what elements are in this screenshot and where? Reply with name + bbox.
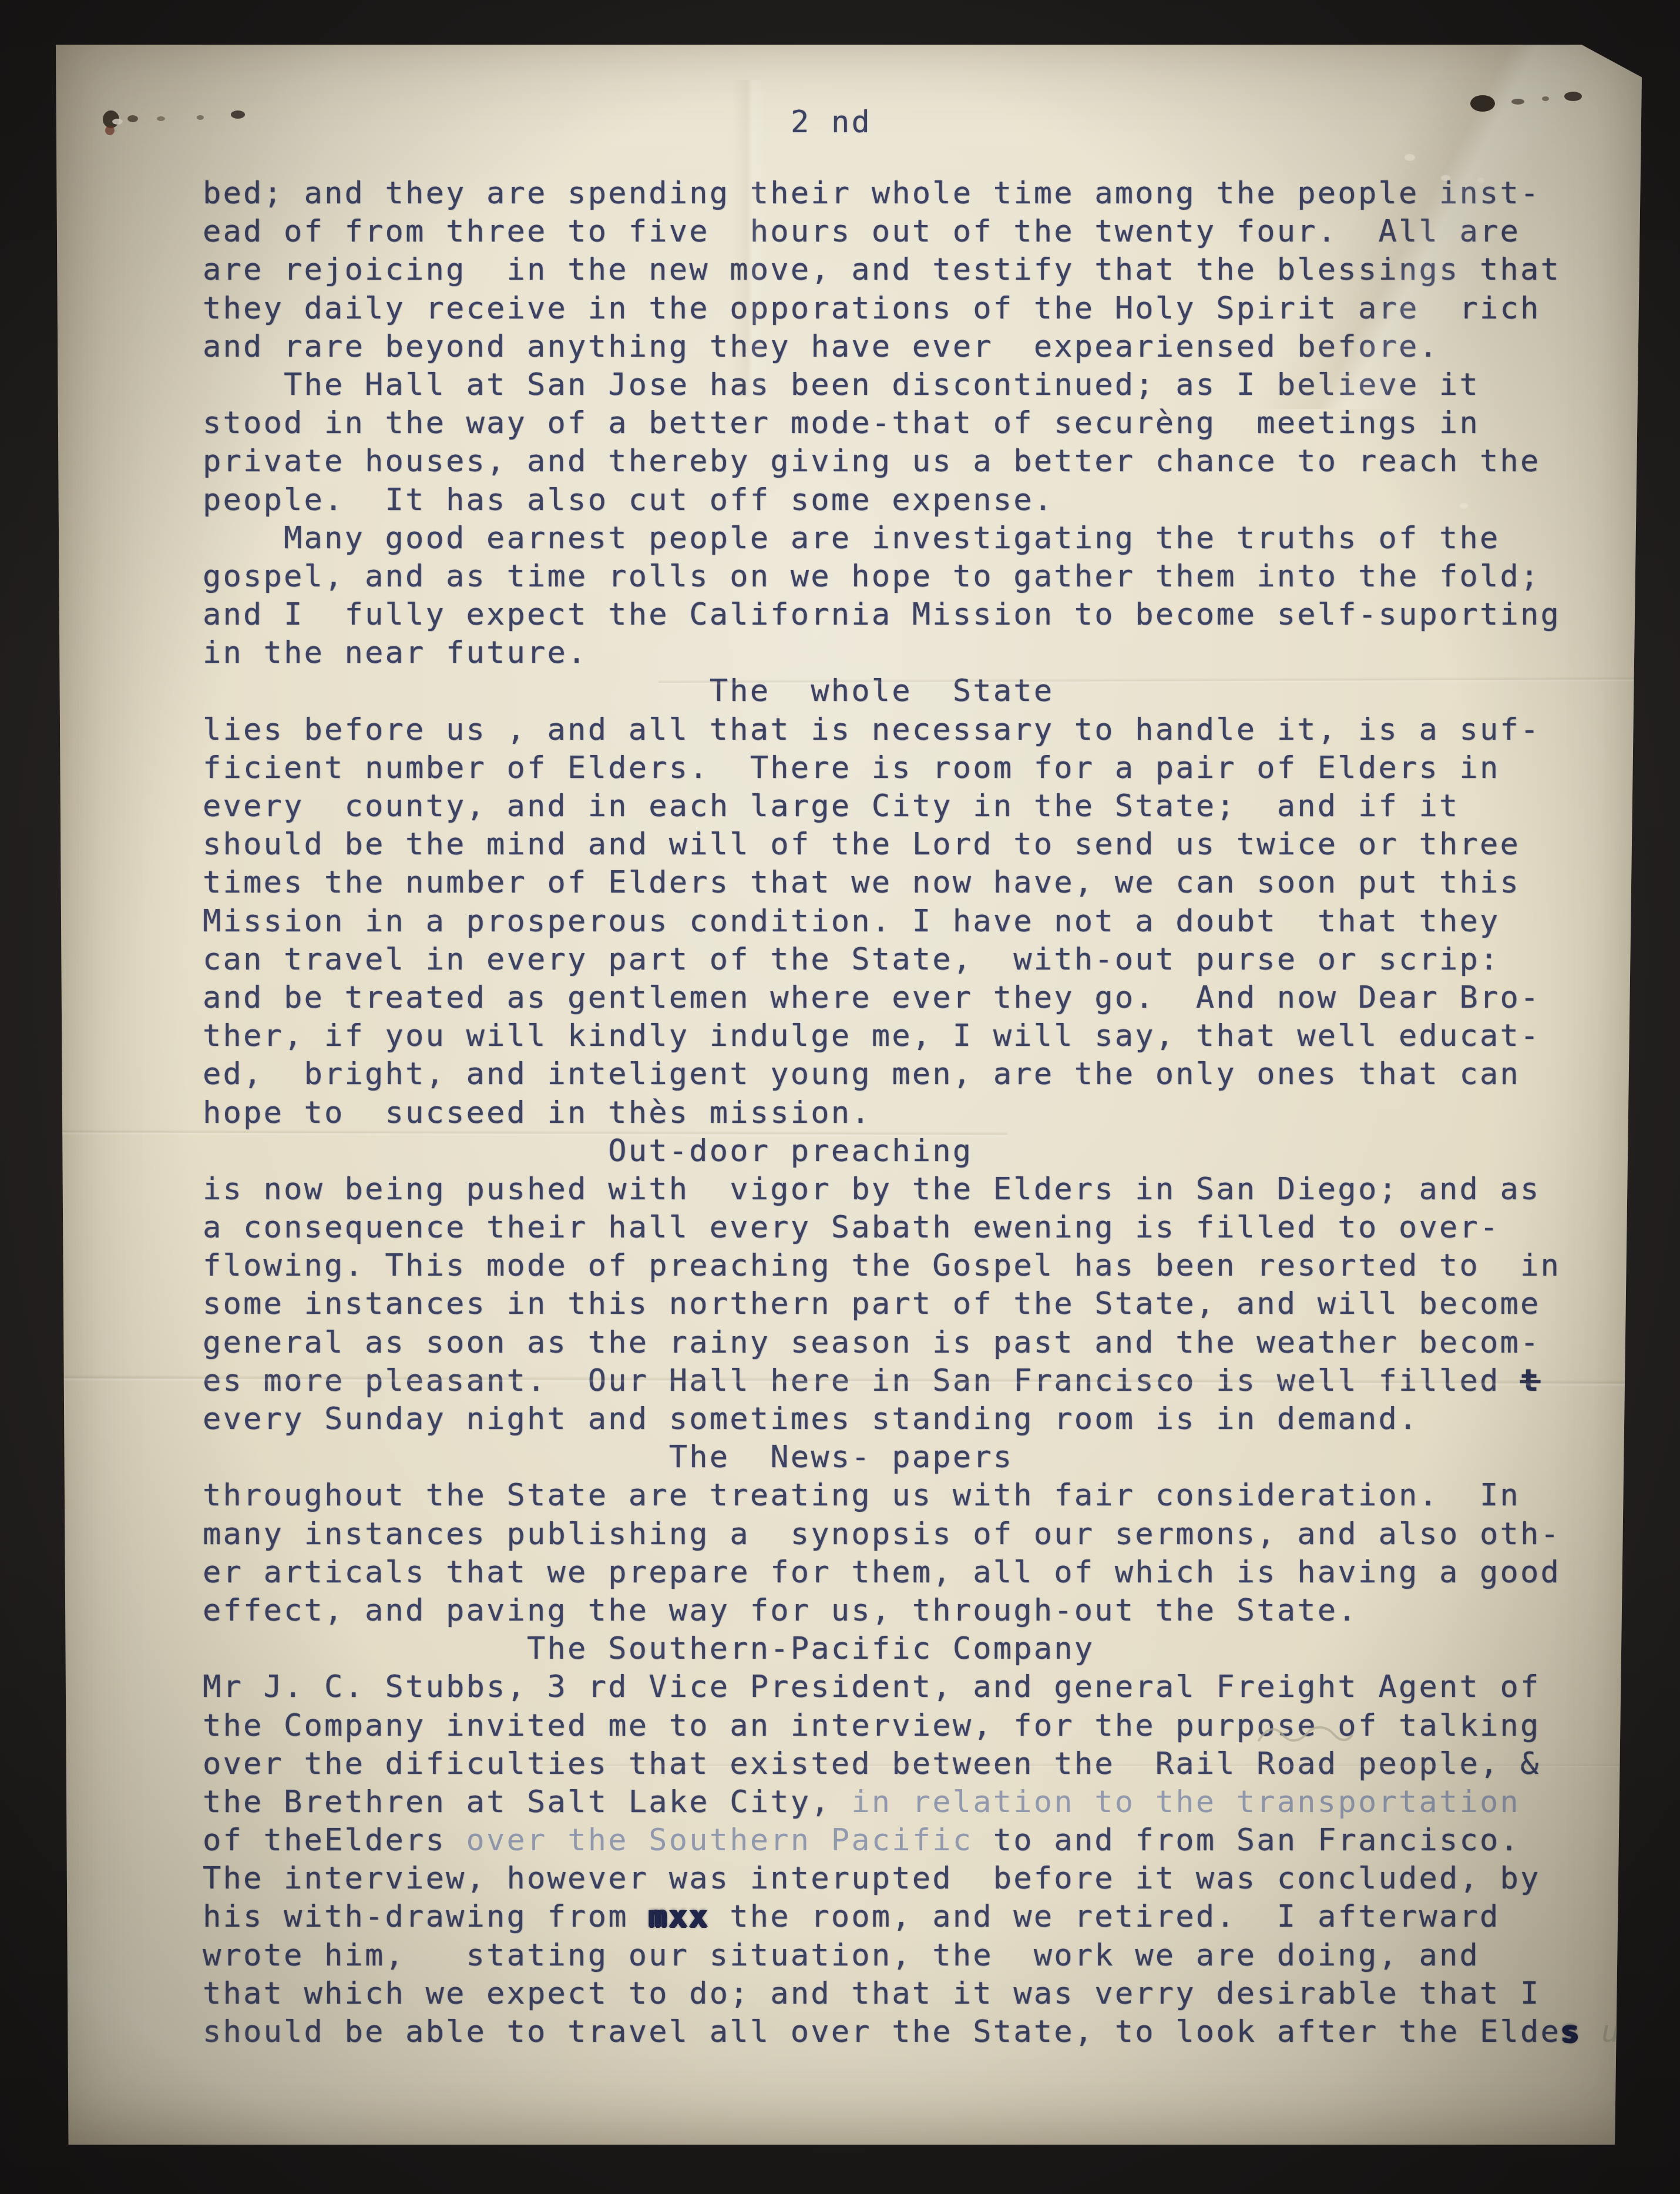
text-pencil: u: [1601, 2014, 1622, 2049]
text-run: The News- papers: [203, 1440, 1013, 1475]
document-line: over the dificulties that existed betwee…: [203, 1745, 1622, 1783]
document-line: his with-drawing from mxx the room, and …: [203, 1898, 1622, 1936]
text-run: people. It has also cut off some expense…: [203, 482, 1054, 518]
section-heading-southern-pacific: The Southern-Pacific Company: [203, 1630, 1622, 1668]
text-run: hope to sucseed in thès mission.: [203, 1095, 872, 1130]
text-run: that which we expect to do; and that it …: [203, 1976, 1540, 2011]
text-run: Out-door preaching: [203, 1133, 973, 1169]
text-run: lies before us , and all that is necessa…: [203, 712, 1540, 747]
document-line: The Hall at San Jose has been discontinu…: [203, 366, 1622, 404]
document-line: hope to sucseed in thès mission.: [203, 1094, 1622, 1132]
document-line: ed, bright, and inteligent young men, ar…: [203, 1055, 1622, 1093]
text-run: and be treated as gentlemen where ever t…: [203, 980, 1540, 1015]
document-line: wrote him, stating our situation, the wo…: [203, 1937, 1622, 1975]
document-line: every county, and in each large City in …: [203, 787, 1622, 826]
document-line: Mr J. C. Stubbs, 3 rd Vice President, an…: [203, 1668, 1622, 1706]
document-line: ficient number of Elders. There is room …: [203, 749, 1622, 787]
document-line: and be treated as gentlemen where ever t…: [203, 979, 1622, 1017]
text-faint: in relation to the transportation: [851, 1784, 1520, 1820]
text-run: er articals that we prepare for them, al…: [203, 1555, 1561, 1590]
text-run: bed; and they are spending their whole t…: [203, 176, 1540, 211]
text-run: should be able to travel all over the St…: [203, 2014, 1561, 2049]
text-run: throughout the State are treating us wit…: [203, 1478, 1520, 1513]
text-run: should be the mind and will of the Lord …: [203, 827, 1520, 862]
text-run: the Brethren at Salt Lake City,: [203, 1784, 851, 1820]
document-line: many instances publishing a synopsis of …: [203, 1515, 1622, 1554]
text-strike: t: [1520, 1363, 1541, 1398]
text-run: every county, and in each large City in …: [203, 789, 1459, 824]
text-run: The Hall at San Jose has been discontinu…: [203, 367, 1480, 402]
text-body: bed; and they are spending their whole t…: [203, 175, 1622, 2051]
text-run: wrote him, stating our situation, the wo…: [203, 1938, 1480, 1973]
document-line: they daily receive in the opporations of…: [203, 290, 1622, 328]
document-line: ther, if you will kindly indulge me, I w…: [203, 1017, 1622, 1055]
text-run: Mission in a prosperous condition. I hav…: [203, 904, 1500, 939]
text-run: effect, and paving the way for us, throu…: [203, 1593, 1358, 1628]
text-run: every Sunday night and sometimes standin…: [203, 1401, 1419, 1437]
text-run: [1581, 2014, 1601, 2049]
text-run: stood in the way of a better mode-that o…: [203, 405, 1480, 441]
document-line: throughout the State are treating us wit…: [203, 1477, 1622, 1515]
document-line: Many good earnest people are investigati…: [203, 519, 1622, 558]
document-line: should be able to travel all over the St…: [203, 2013, 1622, 2051]
text-run: gospel, and as time rolls on we hope to …: [203, 559, 1540, 594]
document-line: bed; and they are spending their whole t…: [203, 175, 1622, 213]
text-run: es more pleasant. Our Hall here in San F…: [203, 1363, 1520, 1398]
document-line: general as soon as the rainy season is p…: [203, 1324, 1622, 1362]
document-line: gospel, and as time rolls on we hope to …: [203, 558, 1622, 596]
document-line: er articals that we prepare for them, al…: [203, 1554, 1622, 1592]
text-run: the Company invited me to an interview, …: [203, 1708, 1540, 1743]
document-line: the Company invited me to an interview, …: [203, 1707, 1622, 1745]
document-line: a consequence their hall every Sabath ew…: [203, 1209, 1622, 1247]
letter-page: 2 nd bed; and they are spending their wh…: [56, 45, 1642, 2145]
text-run: of theElders: [203, 1823, 466, 1858]
document-line: lies before us , and all that is necessa…: [203, 711, 1622, 749]
document-line: The interview, however was interupted be…: [203, 1860, 1622, 1898]
document-line: times the number of Elders that we now h…: [203, 864, 1622, 902]
text-run: a consequence their hall every Sabath ew…: [203, 1210, 1500, 1245]
document-line: and rare beyond anything they have ever …: [203, 328, 1622, 366]
document-line: that which we expect to do; and that it …: [203, 1975, 1622, 2013]
text-run: some instances in this northern part of …: [203, 1286, 1540, 1321]
document-line: in the near future.: [203, 634, 1622, 672]
text-run: and rare beyond anything they have ever …: [203, 329, 1439, 364]
photo-backdrop: { "colors": { "backdrop": "#242120", "pa…: [0, 0, 1680, 2194]
document-line: of theElders over the Southern Pacific t…: [203, 1821, 1622, 1860]
document-line: every Sunday night and sometimes standin…: [203, 1400, 1622, 1438]
text-run: they daily receive in the opporations of…: [203, 291, 1540, 326]
text-run: can travel in every part of the State, w…: [203, 942, 1500, 977]
document-line: should be the mind and will of the Lord …: [203, 826, 1622, 864]
section-heading-out-door-preaching: Out-door preaching: [203, 1132, 1622, 1170]
document-line: and I fully expect the California Missio…: [203, 596, 1622, 634]
text-run: ead of from three to five hours out of t…: [203, 214, 1520, 249]
text-run: Mr J. C. Stubbs, 3 rd Vice President, an…: [203, 1669, 1540, 1705]
text-run: ficient number of Elders. There is room …: [203, 750, 1500, 786]
document-line: Mission in a prosperous condition. I hav…: [203, 903, 1622, 941]
text-run: The whole State: [203, 673, 1054, 709]
text-run: over the dificulties that existed betwee…: [203, 1746, 1540, 1782]
text-run: The interview, however was interupted be…: [203, 1861, 1540, 1896]
section-heading-the-news-papers: The News- papers: [203, 1438, 1622, 1477]
document-line: can travel in every part of the State, w…: [203, 941, 1622, 979]
text-run: private houses, and thereby giving us a …: [203, 444, 1540, 479]
text-run: ed, bright, and inteligent young men, ar…: [203, 1056, 1520, 1092]
document-line: are rejoicing in the new move, and testi…: [203, 251, 1622, 289]
text-run: the room, and we retired. I afterward: [710, 1899, 1500, 1934]
document-line: flowing. This mode of preaching the Gosp…: [203, 1247, 1622, 1285]
text-run: flowing. This mode of preaching the Gosp…: [203, 1248, 1561, 1283]
text-run: general as soon as the rainy season is p…: [203, 1325, 1540, 1360]
document-line: is now being pushed with vigor by the El…: [203, 1170, 1622, 1209]
text-run: is now being pushed with vigor by the El…: [203, 1172, 1540, 1207]
section-heading-the-whole-state: The whole State: [203, 672, 1622, 710]
document-line: ead of from three to five hours out of t…: [203, 213, 1622, 251]
text-blot: mxx: [649, 1899, 710, 1934]
text-run: times the number of Elders that we now h…: [203, 865, 1520, 900]
text-run: in the near future.: [203, 635, 588, 670]
document-line: effect, and paving the way for us, throu…: [203, 1592, 1622, 1630]
text-run: his with-drawing from: [203, 1899, 649, 1934]
text-blot: s: [1561, 2014, 1581, 2049]
text-run: many instances publishing a synopsis of …: [203, 1517, 1561, 1552]
text-run: are rejoicing in the new move, and testi…: [203, 252, 1561, 287]
page-number-label: 2 nd: [38, 105, 1624, 140]
document-line: private houses, and thereby giving us a …: [203, 442, 1622, 481]
document-line: the Brethren at Salt Lake City, in relat…: [203, 1783, 1622, 1821]
text-run: Many good earnest people are investigati…: [203, 521, 1500, 556]
document-line: es more pleasant. Our Hall here in San F…: [203, 1362, 1622, 1400]
text-run: The Southern-Pacific Company: [203, 1631, 1094, 1666]
document-line: stood in the way of a better mode-that o…: [203, 404, 1622, 442]
text-run: ther, if you will kindly indulge me, I w…: [203, 1018, 1540, 1054]
text-faint: over the Southern Pacific: [466, 1823, 993, 1858]
document-line: people. It has also cut off some expense…: [203, 481, 1622, 519]
document-line: some instances in this northern part of …: [203, 1285, 1622, 1323]
text-run: to and from San Francisco.: [993, 1823, 1520, 1858]
text-run: and I fully expect the California Missio…: [203, 597, 1561, 632]
